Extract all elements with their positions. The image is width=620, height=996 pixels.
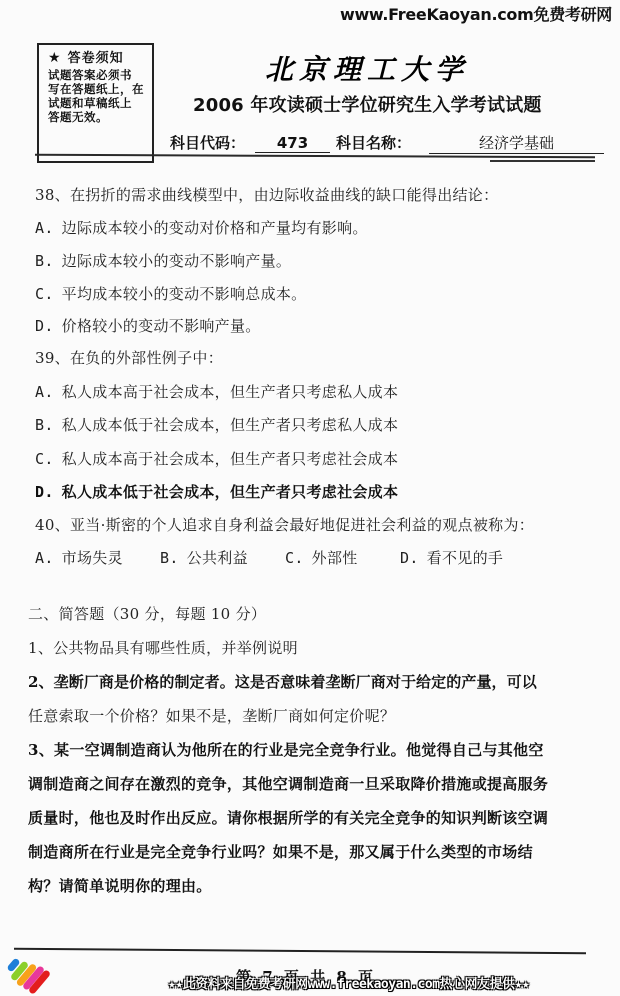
header-divider-accent [490,160,595,162]
notice-line: 答题无效。 [48,110,146,124]
notice-line: 试题和草稿纸上 [48,96,146,110]
subject-code-label: 科目代码： [170,134,245,152]
question-38-option-d: D.价格较小的变动不影响产量。 [35,315,261,336]
site-watermark-header: www.FreeKaoyan.com免费考研网 [340,2,612,25]
exam-notice-box: ★答卷须知 试题答案必须书 写在答题纸上，在 试题和草稿纸上 答题无效。 [37,43,154,163]
footer-divider [14,948,586,954]
question-39-option-a: A.私人成本高于社会成本，但生产者只考虑私人成本 [35,381,398,402]
question-39-option-b: B.私人成本低于社会成本，但生产者只考虑私人成本 [35,414,398,435]
question-40-options: A.市场失灵B.公共利益C.外部性D.看不见的手 [35,547,503,568]
question-38-option-a: A.边际成本较小的变动对价格和产量均有影响。 [35,217,368,238]
question-40-stem: 40、亚当·斯密的个人追求自身利益会最好地促进社会利益的观点被称为： [35,514,534,535]
question-39-option-c: C.私人成本高于社会成本，但生产者只考虑社会成本 [35,448,398,469]
subject-code-value: 473 [255,134,330,153]
short-answer-2-line-2: 任意索取一个价格？如果不是，垄断厂商如何定价呢？ [28,705,395,726]
question-38-option-c: C.平均成本较小的变动不影响总成本。 [35,283,306,304]
notice-line: 写在答题纸上，在 [48,82,146,96]
subject-name-label: 科目名称： [336,134,411,152]
section-2-heading: 二、简答题（30 分，每题 10 分） [28,603,266,624]
question-40-option-c: C.外部性 [285,547,400,568]
short-answer-3-line-1: 3、某一空调制造商认为他所在的行业是完全竞争行业。他觉得自己与其他空 [28,739,544,760]
footer-watermark-banner: ★★此资料来自免费考研网www.freekaoyan.com热心网友提供★★ [168,973,529,992]
question-40-option-a: A.市场失灵 [35,547,160,568]
question-38-option-b: B.边际成本较小的变动不影响产量。 [35,250,291,271]
question-39-stem: 39、在负的外部性例子中： [35,347,223,368]
short-answer-3-line-3: 质量时，他也及时作出反应。请你根据所学的有关完全竞争的知识判断该空调 [28,807,548,828]
short-answer-2-line-1: 2、垄断厂商是价格的制定者。这是否意味着垄断厂商对于给定的产量，可以 [28,671,537,692]
star-icon: ★ [48,50,62,66]
short-answer-3-line-5: 构？请简单说明你的理由。 [28,875,212,896]
question-38-stem: 38、在拐折的需求曲线模型中，由边际收益曲线的缺口能得出结论： [35,184,498,205]
question-40-option-b: B.公共利益 [160,547,285,568]
exam-title: 2006 年攻读硕士学位研究生入学考试试题 [193,91,542,117]
short-answer-3-line-2: 调制造商之间存在激烈的竞争，其他空调制造商一旦采取降价措施或提高服务 [28,773,548,794]
university-name: 北京理工大学 [265,48,469,88]
question-40-option-d: D.看不见的手 [400,547,503,568]
site-logo-icon [4,960,50,996]
notice-title: ★答卷须知 [48,51,146,66]
question-39-option-d: D.私人成本低于社会成本，但生产者只考虑社会成本 [35,481,398,502]
short-answer-1: 1、公共物品具有哪些性质，并举例说明 [28,637,298,658]
subject-info-row: 科目代码：473科目名称：经济学基础 [170,132,604,154]
notice-line: 试题答案必须书 [48,68,146,82]
subject-name-value: 经济学基础 [429,132,604,154]
short-answer-3-line-4: 制造商所在行业是完全竞争行业吗？如果不是，那又属于什么类型的市场结 [28,841,533,862]
